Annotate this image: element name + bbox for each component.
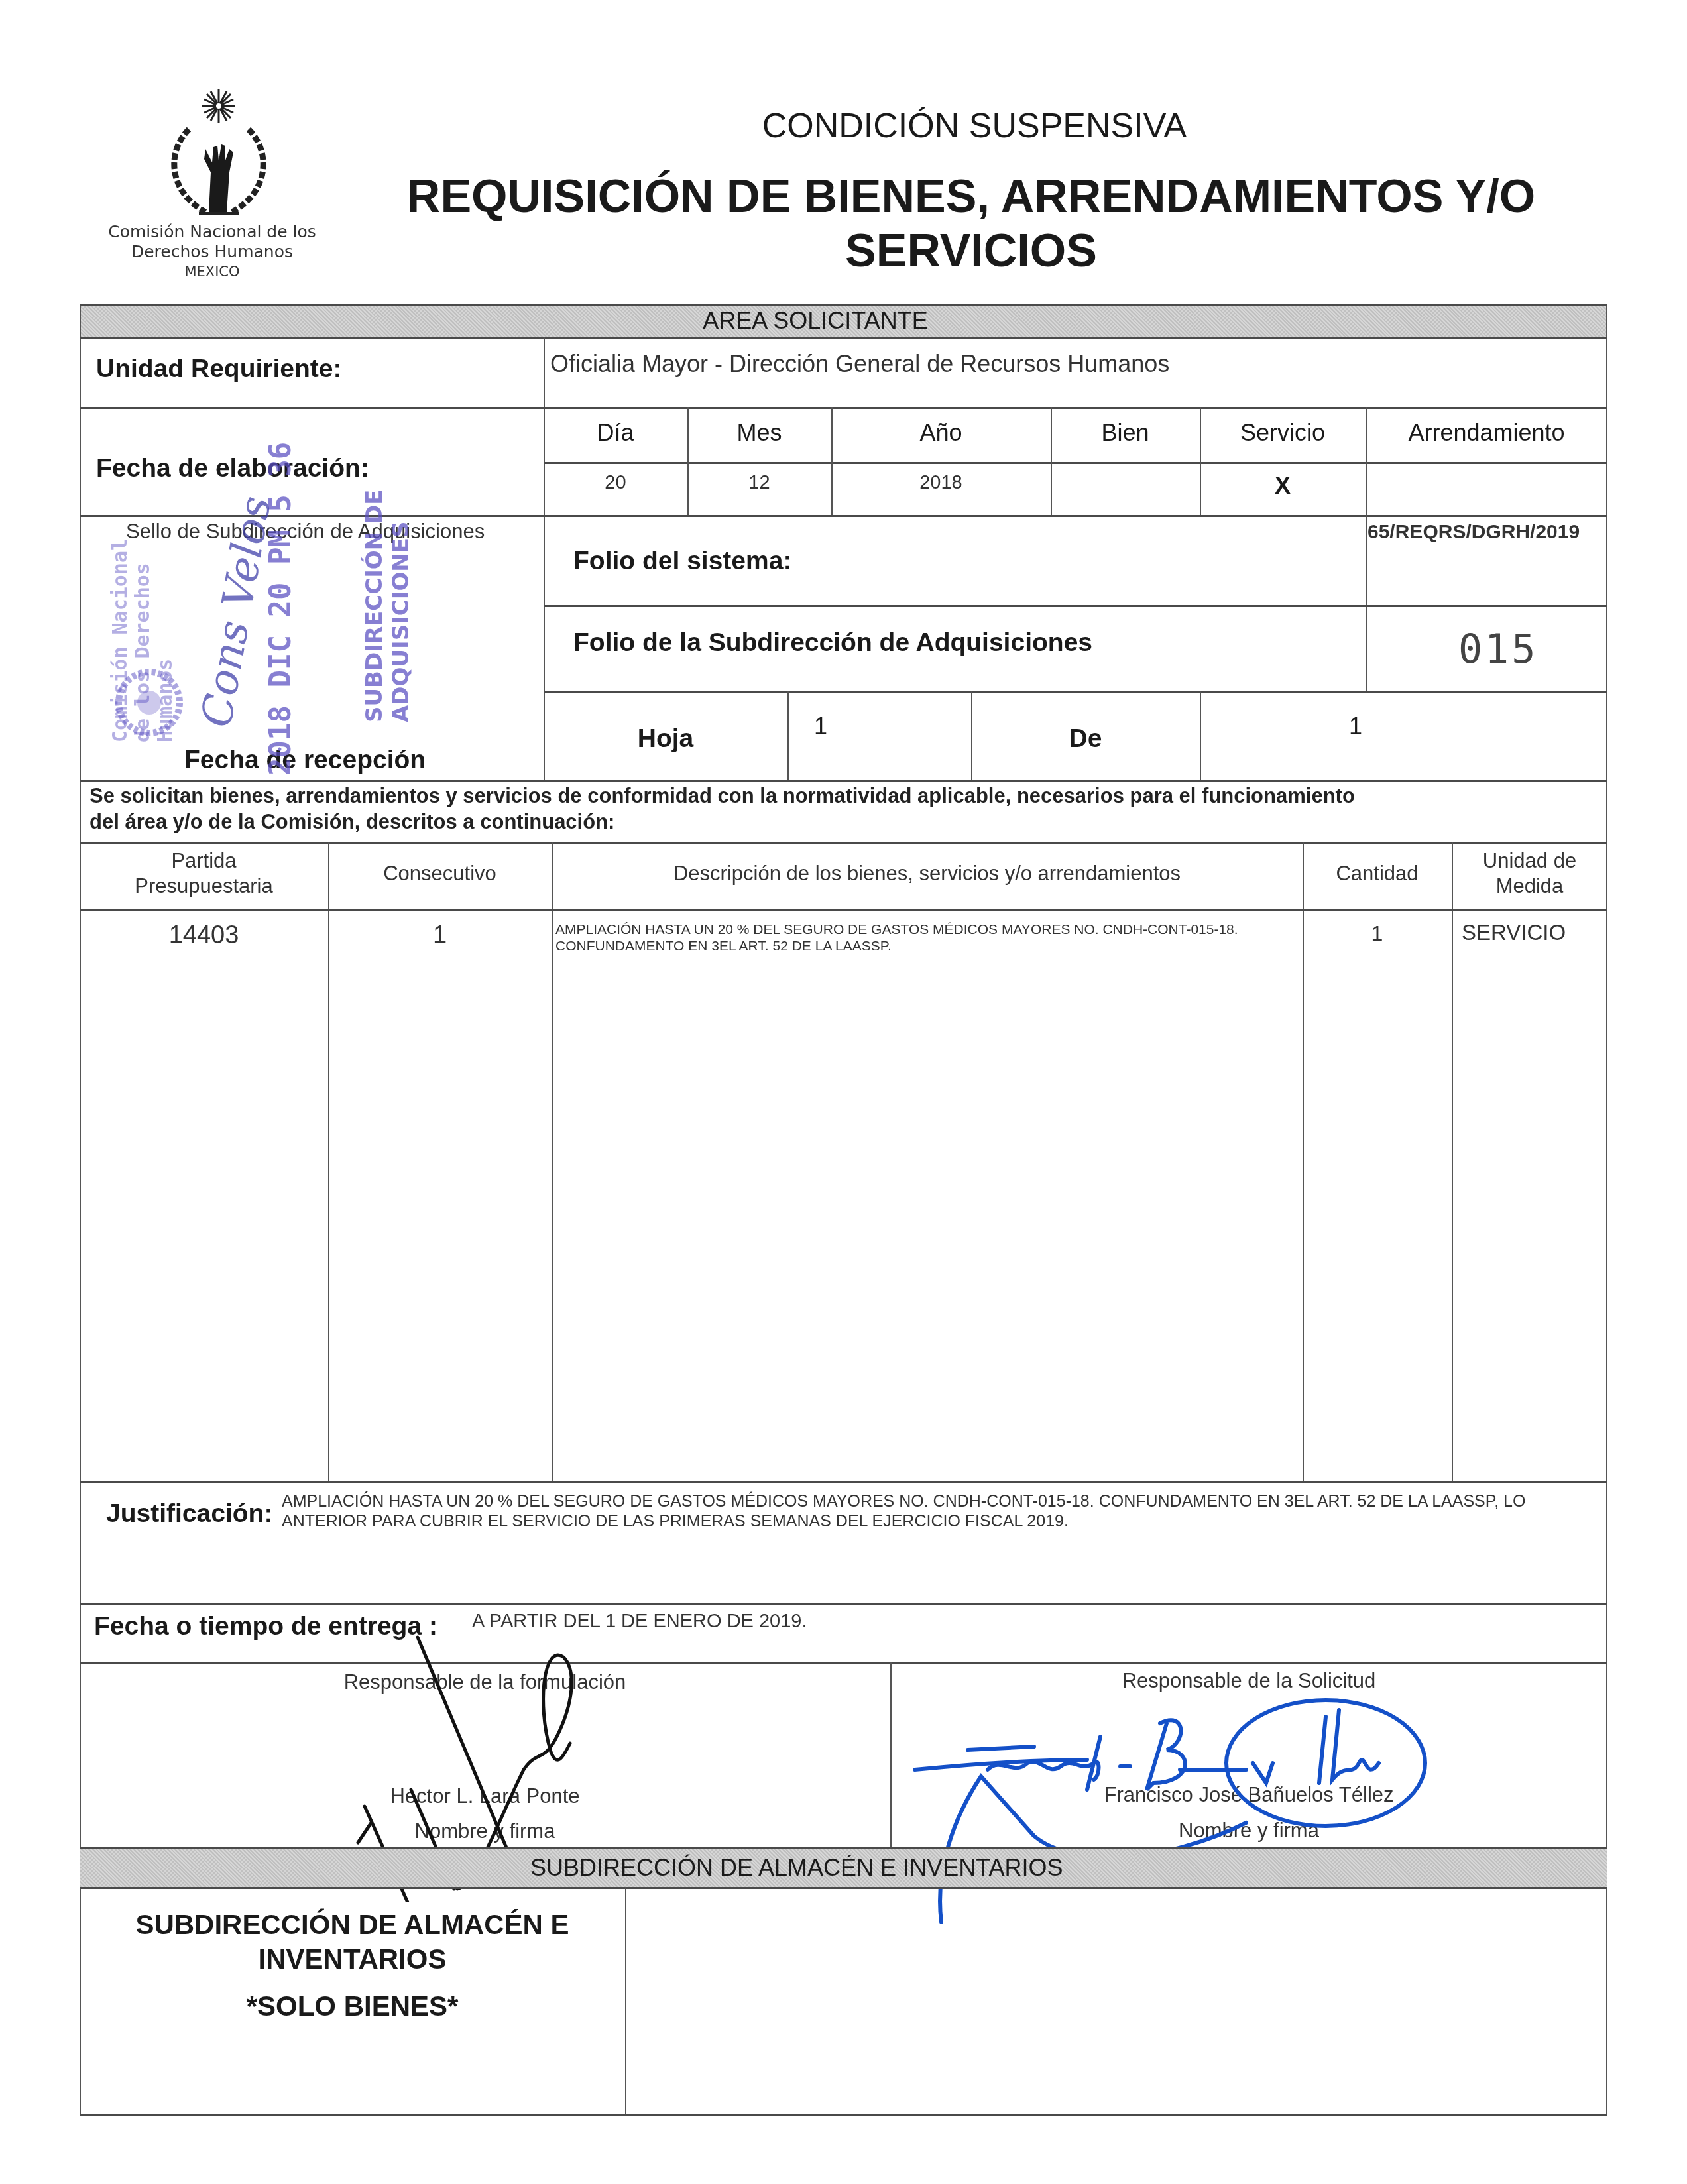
rule	[544, 605, 1607, 607]
de-label: De	[971, 724, 1200, 754]
header-mes: Mes	[687, 419, 831, 447]
header-bien: Bien	[1051, 419, 1200, 447]
rule	[80, 1887, 1607, 1889]
folio-subdireccion-value: 015	[1458, 626, 1538, 673]
document-title-line-2: SERVICIOS	[358, 225, 1584, 276]
rule	[552, 842, 553, 1481]
de-value: 1	[1200, 713, 1511, 740]
cell-unidad: SERVICIO	[1462, 920, 1566, 945]
rule	[80, 337, 1607, 339]
rule	[80, 842, 1607, 844]
justificacion-label: Justificación:	[106, 1499, 272, 1528]
document-title-line-1: REQUISICIÓN DE BIENES, ARRENDAMIENTOS Y/…	[358, 171, 1584, 221]
frame-right	[1606, 304, 1607, 2116]
stamp-seal-icon	[109, 663, 189, 742]
value-anio: 2018	[831, 472, 1051, 494]
stamp-department: SUBDIRECCIÓN DE ADQUISICIONES	[361, 490, 414, 723]
almacen-heading: SUBDIRECCIÓN DE ALMACÉN E INVENTARIOS	[530, 1854, 1063, 1882]
header-servicio: Servicio	[1200, 419, 1366, 447]
stamp-line: ADQUISICIONES	[388, 490, 414, 723]
cell-consecutivo: 1	[328, 921, 552, 950]
rule	[544, 691, 1607, 693]
value-dia: 20	[544, 472, 687, 494]
intro-line-2: del área y/o de la Comisión, descritos a…	[89, 810, 614, 834]
rule	[544, 337, 545, 781]
header-dia: Día	[544, 419, 687, 447]
hoja-value: 1	[787, 713, 854, 740]
rule	[544, 462, 1607, 464]
cell-partida: 14403	[80, 921, 328, 950]
fecha-recepcion-label: Fecha de recepción	[184, 746, 426, 775]
stamp-line: SUBDIRECCIÓN DE	[361, 490, 388, 723]
cndh-emblem-icon	[152, 86, 285, 222]
logo-line-3: MEXICO	[93, 262, 331, 282]
solicitud-signature-icon	[902, 1670, 1498, 1935]
area-solicitante-heading: AREA SOLICITANTE	[544, 307, 1087, 335]
rule	[80, 515, 1607, 517]
col-header-descripcion: Descripción de los bienes, servicios y/o…	[552, 862, 1303, 886]
col-header-partida: Partida Presupuestaria	[119, 848, 288, 899]
intro-line-1: Se solicitan bienes, arrendamientos y se…	[89, 784, 1355, 808]
stamp-date-time: 2018 DIC 20 PM 5 36	[264, 442, 298, 776]
logo-line-2: Derechos Humanos	[93, 242, 331, 262]
fecha-elaboracion-label: Fecha de elaboración:	[96, 454, 369, 483]
col-header-cantidad: Cantidad	[1303, 862, 1452, 886]
cndh-logo: Comisión Nacional de los Derechos Humano…	[93, 86, 331, 292]
rule	[80, 1662, 1607, 1664]
rule	[1366, 407, 1367, 692]
logo-line-1: Comisión Nacional de los	[93, 222, 331, 242]
rule	[80, 909, 1607, 911]
frame-left	[80, 304, 81, 2116]
rule	[1452, 842, 1453, 1481]
document-subtitle: CONDICIÓN SUSPENSIVA	[544, 106, 1405, 146]
frame-top	[80, 304, 1607, 306]
value-mes: 12	[687, 472, 831, 494]
justificacion-value: AMPLIACIÓN HASTA UN 20 % DEL SEGURO DE G…	[282, 1491, 1581, 1531]
almacen-box-line-2: INVENTARIOS	[80, 1943, 625, 1975]
unidad-requiriente-label: Unidad Requiriente:	[96, 355, 342, 384]
folio-sistema-label: Folio del sistema:	[573, 547, 791, 576]
header-arrendamiento: Arrendamiento	[1366, 419, 1607, 447]
rule	[625, 1887, 626, 2116]
rule	[80, 1603, 1607, 1605]
rule	[80, 780, 1607, 782]
rule	[80, 1481, 1607, 1483]
sello-subdireccion-label: Sello de Subdirección de Adquisiciones	[126, 520, 485, 544]
folio-sistema-value: 65/REQRS/DGRH/2019	[1367, 521, 1580, 544]
cell-cantidad: 1	[1303, 921, 1452, 946]
unidad-requiriente-value: Oficialia Mayor - Dirección General de R…	[550, 350, 1169, 378]
header-anio: Año	[831, 419, 1051, 447]
almacen-box-line-1: SUBDIRECCIÓN DE ALMACÉN E	[80, 1909, 625, 1941]
almacen-box-note: *SOLO BIENES*	[80, 1990, 625, 2022]
hoja-label: Hoja	[544, 724, 787, 754]
col-header-unidad: Unidad de Medida	[1465, 848, 1594, 899]
frame-bottom	[80, 2114, 1607, 2116]
folio-subdireccion-label: Folio de la Subdirección de Adquisicione…	[573, 628, 1092, 658]
value-servicio-check: X	[1200, 472, 1366, 500]
rule	[80, 1847, 1607, 1849]
col-header-consecutivo: Consecutivo	[328, 862, 552, 886]
rule	[80, 407, 1607, 409]
cell-descripcion: AMPLIACIÓN HASTA UN 20 % DEL SEGURO DE G…	[555, 921, 1298, 954]
